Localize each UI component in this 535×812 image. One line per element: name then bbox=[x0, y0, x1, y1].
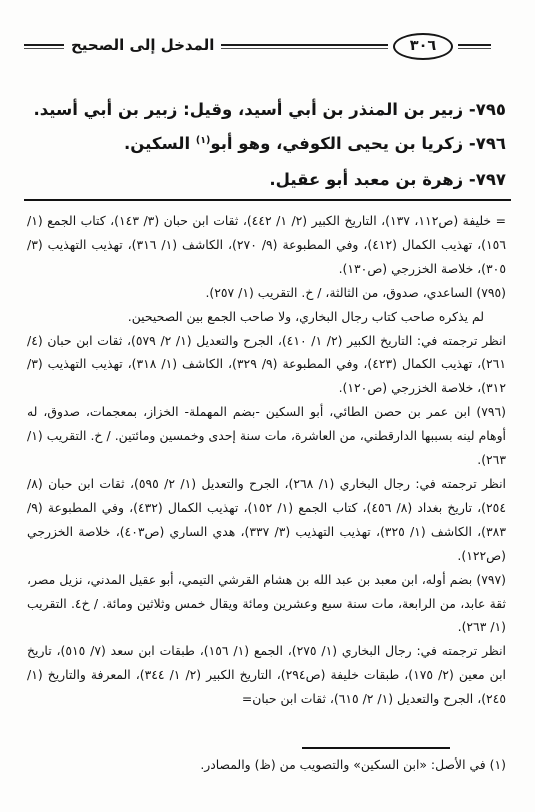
footnote-796-references: انظر ترجمته في: رجال البخاري (١/ ٢٦٨)، ا… bbox=[27, 472, 506, 568]
footnote-divider-rule bbox=[24, 199, 511, 201]
footnote-795-remark: لم يذكره صاحب كتاب رجال البخاري، ولا صاح… bbox=[27, 305, 506, 329]
book-title: المدخل إلى الصحيح bbox=[71, 35, 214, 55]
entry-text: ٧٩٧- زهرة بن معبد أبو عقيل. bbox=[269, 170, 506, 189]
header-rule-left bbox=[24, 44, 64, 49]
footnote-795-judgement: (٧٩٥) الساعدي، صدوق، من الثالثة، / خ. ال… bbox=[27, 281, 506, 305]
entry-text: السكين. bbox=[124, 134, 196, 153]
header-rule-middle bbox=[221, 44, 388, 49]
entry-line-795: ٧٩٥- زبير بن المنذر بن أبي أسيد، وقيل: ز… bbox=[28, 93, 506, 127]
page-number: ٣٠٦ bbox=[410, 38, 437, 54]
page-footnote-area: (١) في الأصل: «ابن السكين» والتصويب من (… bbox=[27, 747, 506, 775]
entry-text: ٧٩٦- زكريا بن يحيى الكوفي، وهو أبو bbox=[210, 134, 506, 153]
header-rule-right bbox=[458, 44, 491, 49]
page-footnote-text: (١) في الأصل: «ابن السكين» والتصويب من (… bbox=[27, 755, 506, 775]
footnote-797-judgement: (٧٩٧) بضم أوله، ابن معبد بن عبد الله بن … bbox=[27, 568, 506, 640]
footnote-796-judgement: (٧٩٦) ابن عمر بن حصن الطائي، أبو السكين … bbox=[27, 400, 506, 472]
entry-line-797: ٧٩٧- زهرة بن معبد أبو عقيل. bbox=[28, 163, 506, 197]
body-entries: ٧٩٥- زبير بن المنذر بن أبي أسيد، وقيل: ز… bbox=[28, 93, 506, 197]
page-footnote-separator bbox=[302, 747, 450, 749]
footnotes-block: = خليفة (ص١١٢، ١٣٧)، التاريخ الكبير (٢/ … bbox=[27, 209, 506, 744]
page-header: المدخل إلى الصحيح ٣٠٦ bbox=[24, 33, 491, 59]
entry-line-796: ٧٩٦- زكريا بن يحيى الكوفي، وهو أبو(١) ال… bbox=[28, 127, 506, 164]
page-number-badge: ٣٠٦ bbox=[393, 33, 453, 60]
footnote-continuation: = خليفة (ص١١٢، ١٣٧)، التاريخ الكبير (٢/ … bbox=[27, 209, 506, 281]
entry-text: ٧٩٥- زبير بن المنذر بن أبي أسيد، وقيل: ز… bbox=[34, 100, 507, 119]
footnote-ref-marker: (١) bbox=[196, 135, 211, 146]
footnote-797-references: انظر ترجمته في: رجال البخاري (١/ ٢٧٥)، ا… bbox=[27, 639, 506, 711]
footnote-795-references: انظر ترجمته في: التاريخ الكبير (٢/ ١/ ٤١… bbox=[27, 329, 506, 401]
book-page: المدخل إلى الصحيح ٣٠٦ ٧٩٥- زبير بن المنذ… bbox=[0, 0, 535, 812]
